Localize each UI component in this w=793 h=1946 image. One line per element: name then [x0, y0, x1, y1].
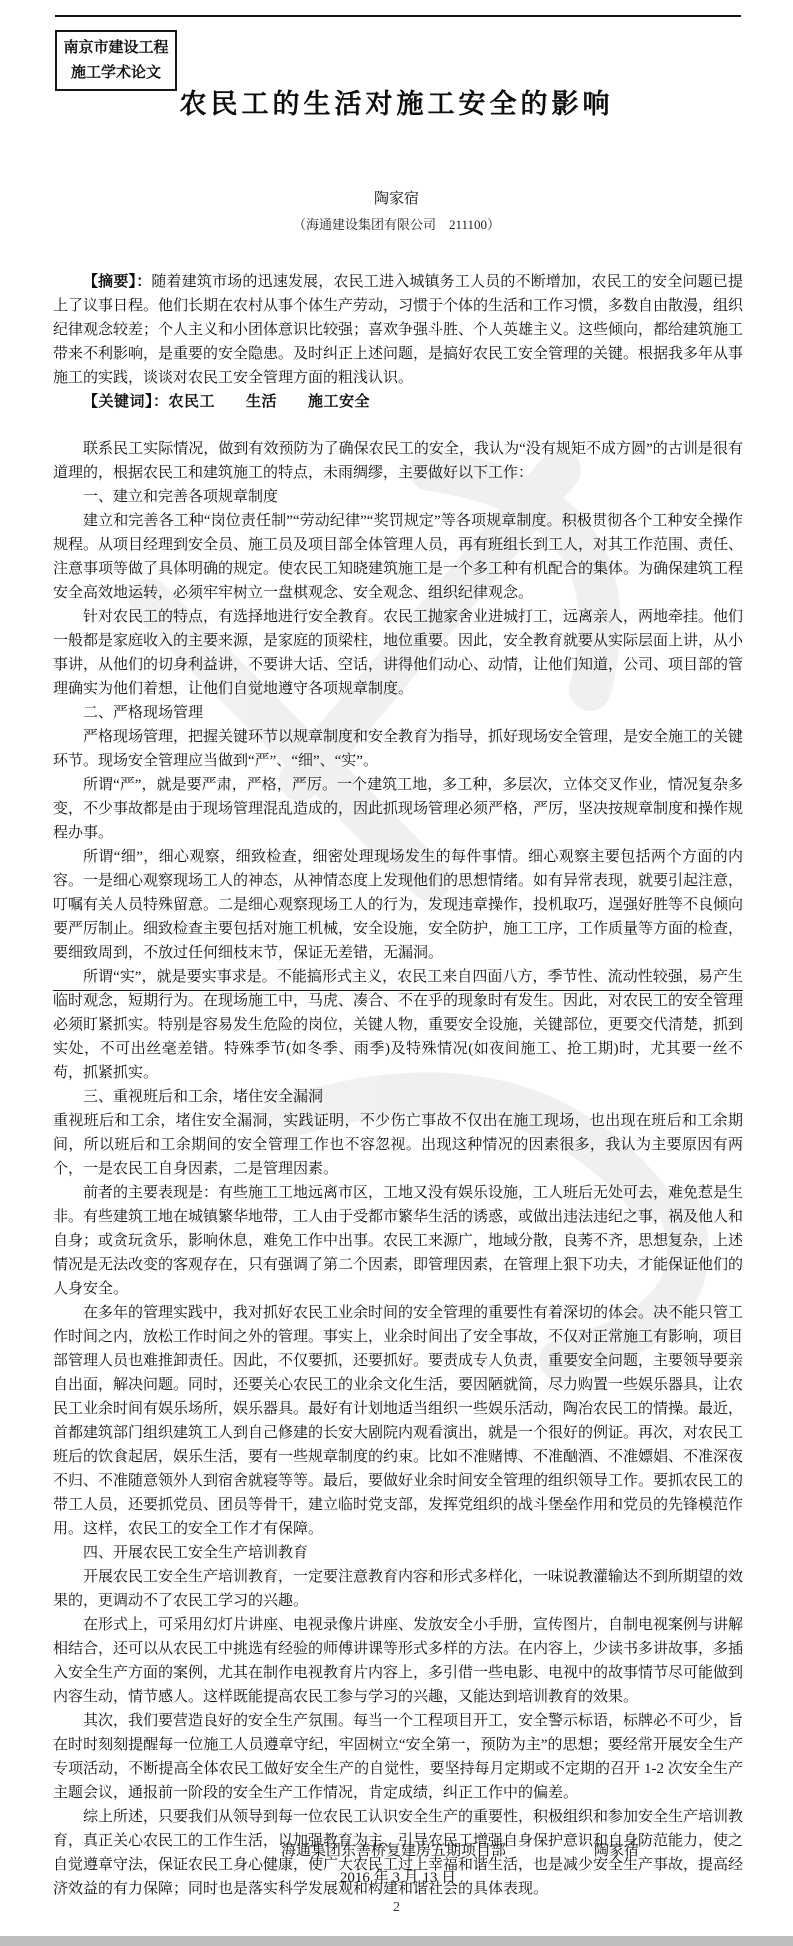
body-paragraph: 在多年的管理实践中，我对抓好农民工业余时间的安全管理的重要性有着深切的体会。决不… [53, 1301, 743, 1541]
body-paragraph: 所谓“细”，细心观察，细致检查，细密处理现场发生的每件事情。细心观察主要包括两个… [53, 845, 743, 965]
section-heading: 四、开展农民工安全生产培训教育 [53, 1541, 743, 1565]
page-number: 2 [0, 1900, 793, 1916]
body-paragraph: 针对农民工的特点，有选择地进行安全教育。农民工抛家舍业进城打工，远离亲人，两地牵… [53, 605, 743, 701]
body-paragraph: 在形式上，可采用幻灯片讲座、电视录像片讲座、发放安全小手册，宣传图片，自制电视案… [53, 1613, 743, 1709]
article-content: 【摘要】：随着建筑市场的迅速发展，农民工进入城镇务工人员的不断增加，农民工的安全… [53, 270, 743, 1901]
keywords-label: 【关键词】： [83, 394, 169, 410]
body-paragraph: 严格现场管理，把握关键环节以规章制度和安全教育为指导，抓好现场安全管理，是安全施… [53, 725, 743, 773]
badge-line1: 南京市建设工程 [57, 35, 175, 60]
body-paragraph: 建立和完善各工种“岗位责任制”“劳动纪律”“奖罚规定”等各项规章制度。积极贯彻各… [53, 509, 743, 605]
section-heading: 一、建立和完善各项规章制度 [53, 485, 743, 509]
body-paragraph: 重视班后和工余，堵住安全漏洞，实践证明，不少伤亡事故不仅出在施工现场，也出现在班… [53, 1109, 743, 1181]
top-rule [55, 15, 741, 17]
body-paragraph: 开展农民工安全生产培训教育，一定要注意教育内容和形式多样化，一味说教灌输达不到所… [53, 1565, 743, 1613]
signature-name: 陶家宿 [594, 1843, 639, 1859]
body-paragraphs: 联系民工实际情况，做到有效预防为了确保农民工的安全，我认为“没有规矩不成方圆”的… [53, 437, 743, 1901]
abstract-text: 随着建筑市场的迅速发展，农民工进入城镇务工人员的不断增加，农民工的安全问题已提上… [53, 274, 743, 386]
paper-page: 南京市建设工程 施工学术论文 农民工的生活对施工安全的影响 陶家宿 （海通建设集… [0, 0, 793, 1946]
body-paragraph: 所谓“严”，就是要严肃，严格，严厉。一个建筑工地，多工种，多层次，立体交叉作业，… [53, 773, 743, 845]
page-title: 农民工的生活对施工安全的影响 [0, 82, 793, 121]
body-paragraph: 所谓“实”，就是要实事求是。不能搞形式主义，农民工来自四面八方，季节性、流动性较… [53, 965, 743, 1085]
author-name: 陶家宿 [0, 187, 793, 208]
body-paragraph: 其次，我们要营造良好的安全生产氛围。每当一个工程项目开工，安全警示标语，标牌必不… [53, 1709, 743, 1805]
body-paragraph: 前者的主要表现是：有些施工工地远离市区，工地又没有娱乐设施，工人班后无处可去，难… [53, 1181, 743, 1301]
author-affiliation: （海通建设集团有限公司 211100） [0, 214, 793, 233]
section-heading: 三、重视班后和工余，堵住安全漏洞 [53, 1085, 743, 1109]
section-heading: 二、严格现场管理 [53, 701, 743, 725]
signature-date: 2016 年 3 月 13 日 [53, 1865, 743, 1892]
bottom-edge-bar [0, 1936, 793, 1946]
keywords-text: 农民工 生活 施工安全 [169, 394, 371, 410]
abstract-label: 【摘要】： [83, 274, 151, 290]
signature-org: 海通集团东善桥复建房五期项目部 [281, 1843, 506, 1859]
keywords-line: 【关键词】：农民工 生活 施工安全 [53, 390, 743, 414]
body-paragraph: 联系民工实际情况，做到有效预防为了确保农民工的安全，我认为“没有规矩不成方圆”的… [53, 437, 743, 485]
abstract-paragraph: 【摘要】：随着建筑市场的迅速发展，农民工进入城镇务工人员的不断增加，农民工的安全… [53, 270, 743, 390]
signature-block: 海通集团东善桥复建房五期项目部陶家宿 2016 年 3 月 13 日 [53, 1838, 743, 1892]
signature-org-line: 海通集团东善桥复建房五期项目部陶家宿 [53, 1838, 743, 1865]
